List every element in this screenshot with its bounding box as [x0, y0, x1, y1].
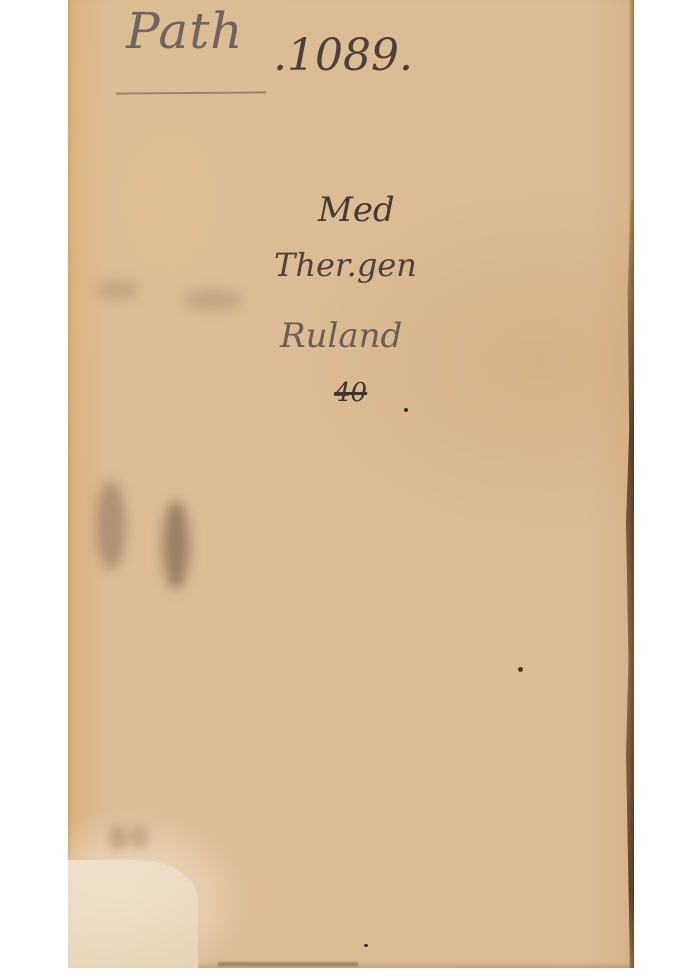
foxing-stain [96, 480, 126, 570]
shelfmark-prefix: Path [126, 2, 244, 60]
shelfmark-underline [116, 91, 266, 94]
foxing-stain [98, 280, 138, 300]
bottom-edge-streak [218, 962, 358, 966]
inscription-line-2: Ther.gen [274, 246, 417, 284]
foxing-stain [132, 825, 146, 849]
ink-spot [518, 667, 523, 672]
shelfmark-number: .1089. [273, 30, 413, 81]
foxing-stain [163, 500, 189, 590]
inscription-line-1: Med [318, 190, 395, 230]
inscription-line-3: Ruland [280, 316, 402, 356]
foxing-stain [183, 290, 243, 310]
manuscript-page: Path .1089. Med Ther.gen Ruland 40 [68, 0, 634, 968]
paper-fold-corner [68, 860, 198, 968]
ink-dot [404, 408, 408, 412]
ink-dot [364, 944, 368, 947]
foxing-stain [110, 825, 126, 851]
inscription-line-4-struck: 40 [334, 378, 367, 408]
worn-right-edge [626, 200, 634, 968]
